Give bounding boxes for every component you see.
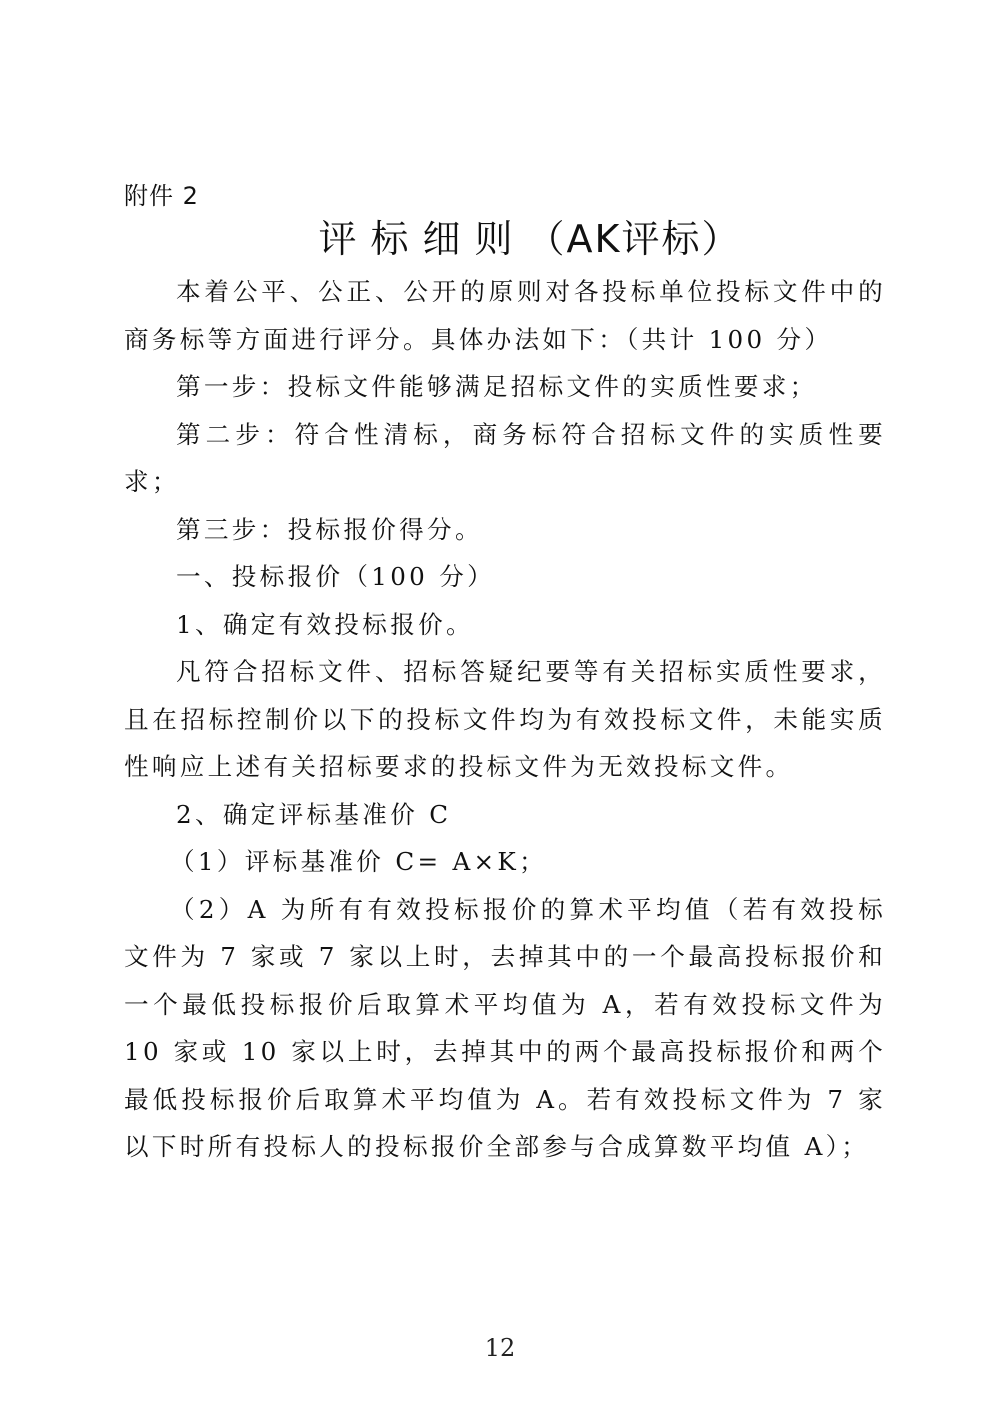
subheading-benchmark-price: 2、确定评标基准价 C [124,791,886,839]
title-suffix: （AK评标） [527,217,742,261]
intro-paragraph: 本着公平、公正、公开的原则对各投标单位投标文件中的商务标等方面进行评分。具体办法… [124,268,886,363]
document-page: 附件 2 评标细则（AK评标） 本着公平、公正、公开的原则对各投标单位投标文件中… [0,0,1000,1414]
document-title: 评标细则（AK评标） [0,208,1000,263]
average-definition-paragraph: （2）A 为所有有效投标报价的算术平均值（若有效投标文件为 7 家或 7 家以上… [124,886,886,1171]
title-main: 评标细则 [319,217,527,261]
document-body: 本着公平、公正、公开的原则对各投标单位投标文件中的商务标等方面进行评分。具体办法… [124,268,886,1171]
subheading-valid-bid: 1、确定有效投标报价。 [124,601,886,649]
step-two: 第二步：符合性清标，商务标符合招标文件的实质性要求； [124,411,886,506]
page-number: 12 [0,1334,1000,1362]
benchmark-formula: （1）评标基准价 C= A×K； [124,838,886,886]
step-one: 第一步：投标文件能够满足招标文件的实质性要求； [124,363,886,411]
section-heading-bid-price: 一、投标报价（100 分） [124,553,886,601]
valid-bid-paragraph: 凡符合招标文件、招标答疑纪要等有关招标实质性要求，且在招标控制价以下的投标文件均… [124,648,886,791]
attachment-label: 附件 2 [124,176,199,211]
step-three: 第三步：投标报价得分。 [124,506,886,554]
